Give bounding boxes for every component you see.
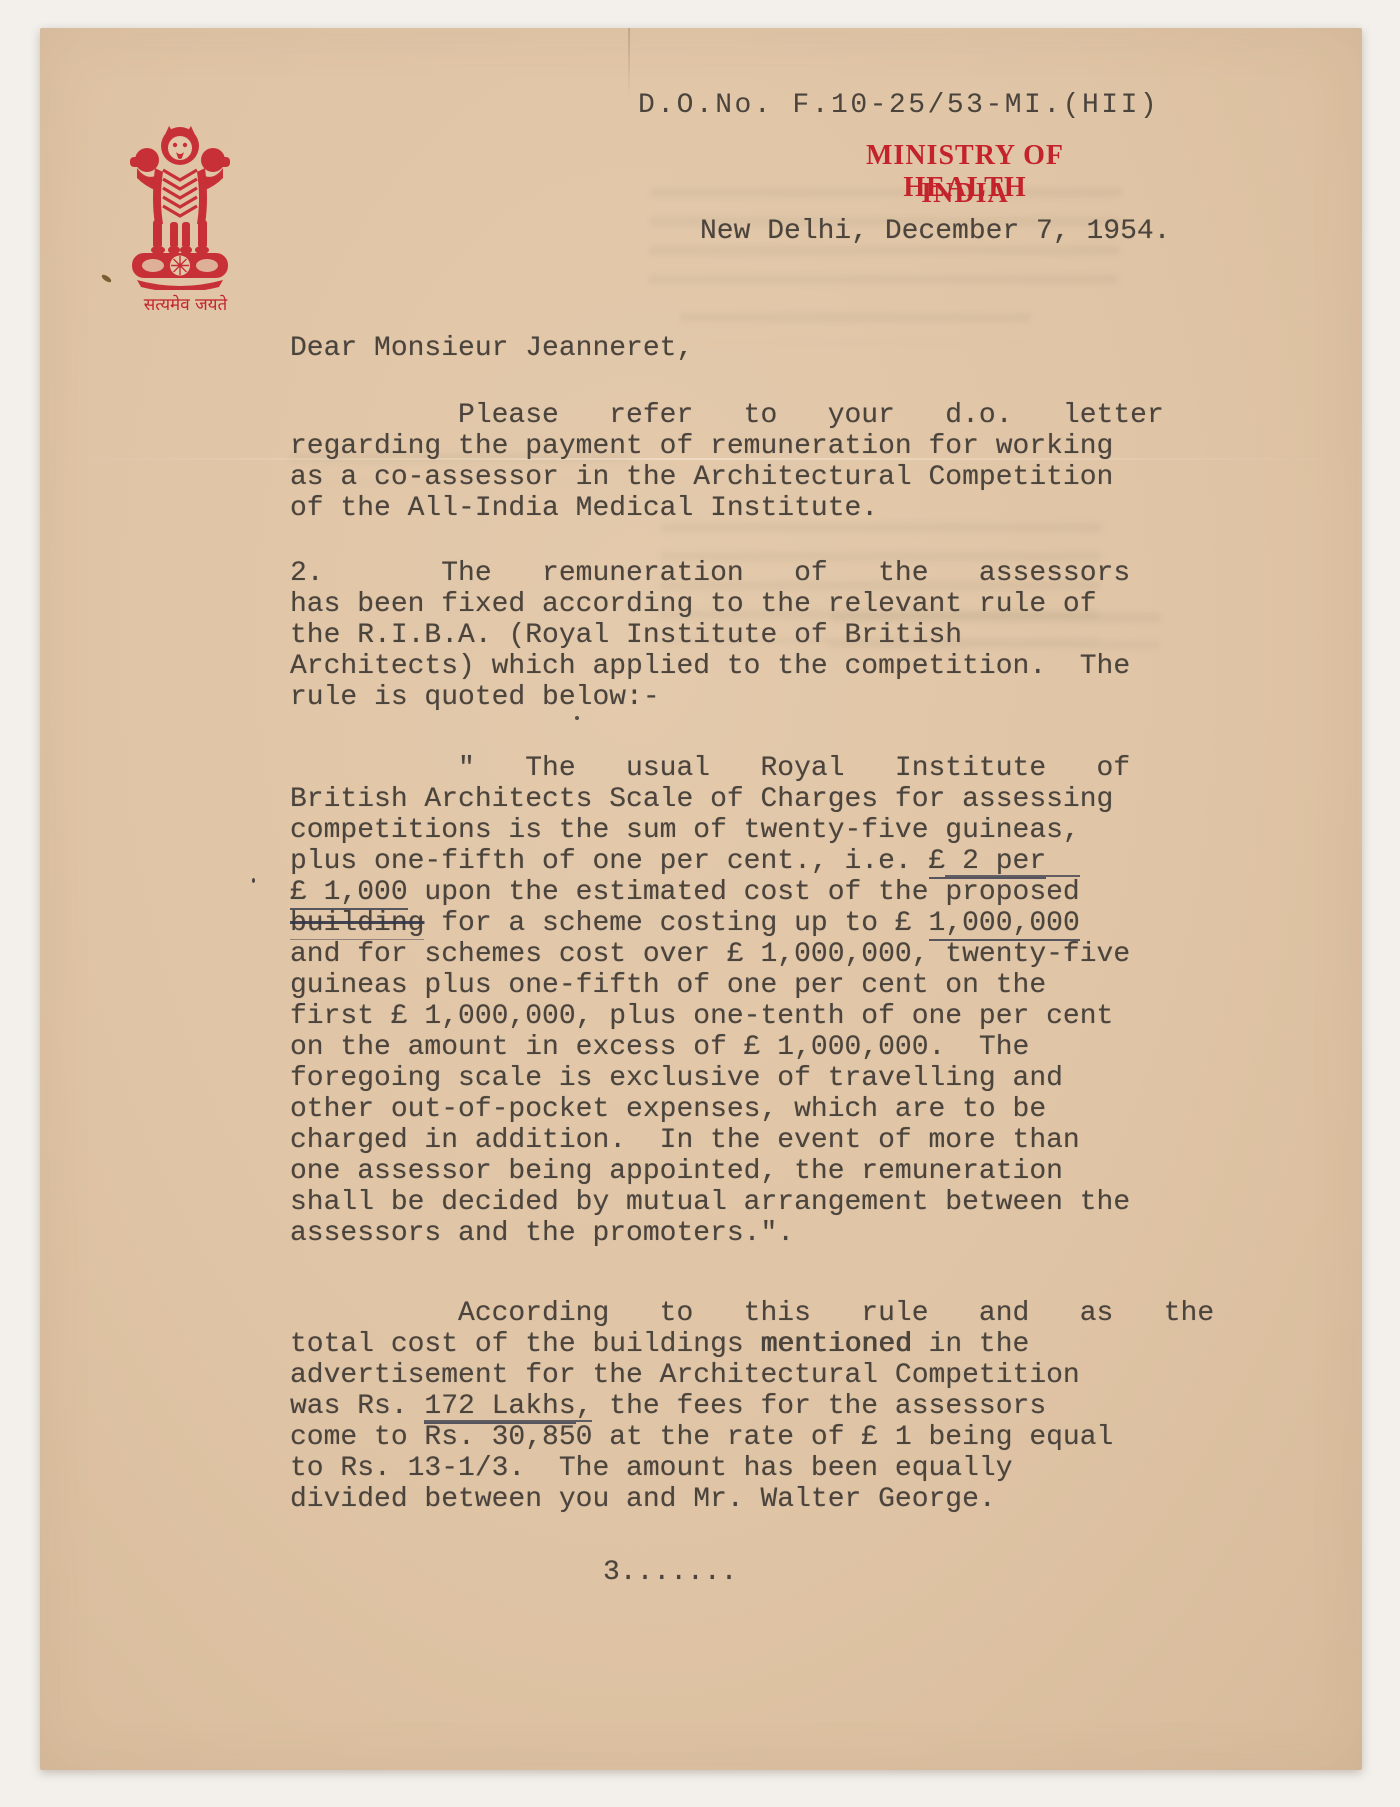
typewritten-line: assessors and the promoters.". bbox=[290, 1218, 1250, 1249]
typewritten-line: Please refer to your d.o. letter bbox=[290, 400, 1250, 431]
typewritten-line: on the amount in excess of £ 1,000,000. … bbox=[290, 1032, 1250, 1063]
typewritten-line: competitions is the sum of twenty-five g… bbox=[290, 815, 1250, 846]
typewritten-line: regarding the payment of remuneration fo… bbox=[290, 431, 1250, 462]
typewritten-line: divided between you and Mr. Walter Georg… bbox=[290, 1484, 1250, 1515]
typewritten-line: one assessor being appointed, the remune… bbox=[290, 1156, 1250, 1187]
typewritten-line: to Rs. 13-1/3. The amount has been equal… bbox=[290, 1453, 1250, 1484]
typewritten-line: total cost of the buildings mentioned in… bbox=[290, 1329, 1250, 1360]
typewritten-line: the R.I.B.A. (Royal Institute of British bbox=[290, 620, 1250, 651]
typewritten-line: Architects) which applied to the competi… bbox=[290, 651, 1250, 682]
paragraph-2: 2. The remuneration of the assessorshas … bbox=[290, 558, 1250, 713]
typewritten-line: rule is quoted below:- bbox=[290, 682, 1250, 713]
paragraph-3: " The usual Royal Institute ofBritish Ar… bbox=[290, 753, 1250, 1249]
salutation: Dear Monsieur Jeanneret, bbox=[290, 333, 1250, 364]
typewritten-line: plus one-fifth of one per cent., i.e. £ … bbox=[290, 846, 1250, 877]
typewritten-line: advertisement for the Architectural Comp… bbox=[290, 1360, 1250, 1391]
typewritten-line: shall be decided by mutual arrangement b… bbox=[290, 1187, 1250, 1218]
paragraph-4: According to this rule and as thetotal c… bbox=[290, 1298, 1250, 1515]
ink-speck bbox=[101, 273, 113, 283]
typewritten-line: and for schemes cost over £ 1,000,000, t… bbox=[290, 939, 1250, 970]
country-heading: INDIA bbox=[810, 178, 1120, 210]
reference-number: D.O.No. F.10-25/53-MI.(HII) bbox=[638, 90, 1159, 121]
typewritten-line: guineas plus one-fifth of one per cent o… bbox=[290, 970, 1250, 1001]
letter-body: Dear Monsieur Jeanneret, Please refer to… bbox=[290, 333, 1250, 1588]
scanned-letter-page: सत्यमेव जयते D.O.No. F.10-25/53-MI.(HII)… bbox=[0, 0, 1400, 1807]
typewritten-line: According to this rule and as the bbox=[290, 1298, 1250, 1329]
page-continuation-marker: 3....... bbox=[290, 1557, 1250, 1588]
emblem-motto: सत्यमेव जयते bbox=[128, 292, 243, 315]
paragraph-1: Please refer to your d.o. letterregardin… bbox=[290, 400, 1250, 524]
typewritten-line: charged in addition. In the event of mor… bbox=[290, 1125, 1250, 1156]
typewritten-line: was Rs. 172 Lakhs, the fees for the asse… bbox=[290, 1391, 1250, 1422]
letter-paper: सत्यमेव जयते D.O.No. F.10-25/53-MI.(HII)… bbox=[40, 28, 1362, 1770]
letter-paragraphs: Please refer to your d.o. letterregardin… bbox=[290, 400, 1250, 1515]
typewritten-line: 2. The remuneration of the assessors bbox=[290, 558, 1250, 589]
typewritten-line: £ 1,000 upon the estimated cost of the p… bbox=[290, 877, 1250, 908]
typewritten-line: has been fixed according to the relevant… bbox=[290, 589, 1250, 620]
typewritten-line: " The usual Royal Institute of bbox=[290, 753, 1250, 784]
typewritten-line: first £ 1,000,000, plus one-tenth of one… bbox=[290, 1001, 1250, 1032]
ink-speck bbox=[252, 878, 255, 883]
typewritten-line: as a co-assessor in the Architectural Co… bbox=[290, 462, 1250, 493]
typewritten-line: building for a scheme costing up to £ 1,… bbox=[290, 908, 1250, 939]
typewritten-line: come to Rs. 30,850 at the rate of £ 1 be… bbox=[290, 1422, 1250, 1453]
lion-capital-emblem-icon bbox=[125, 120, 235, 290]
typewritten-line: of the All-India Medical Institute. bbox=[290, 493, 1250, 524]
scan-crease bbox=[628, 28, 630, 98]
typewritten-line: British Architects Scale of Charges for … bbox=[290, 784, 1250, 815]
typewritten-line: other out-of-pocket expenses, which are … bbox=[290, 1094, 1250, 1125]
typewritten-line: foregoing scale is exclusive of travelli… bbox=[290, 1063, 1250, 1094]
date-line: New Delhi, December 7, 1954. bbox=[700, 216, 1170, 247]
